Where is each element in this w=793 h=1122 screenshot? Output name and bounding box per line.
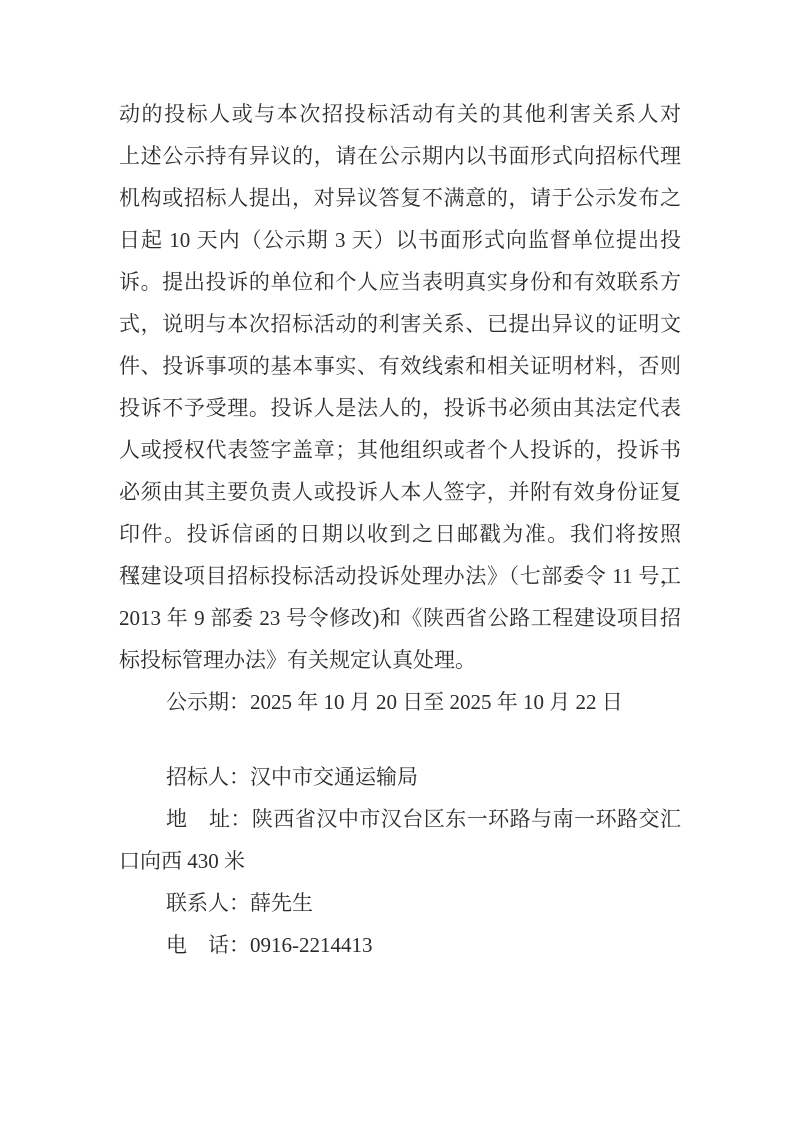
paragraph-line-4: 日起 10 天内（公示期 3 天）以书面形式向监督单位提出投 xyxy=(119,219,681,261)
tenderer-line: 招标人：汉中市交通运输局 xyxy=(119,756,681,798)
paragraph-line-13: 2013 年 9 部委 23 号令修改)和《陕西省公路工程建设项目招 xyxy=(119,597,681,639)
contact-person-line: 联系人：薛先生 xyxy=(119,882,681,924)
paragraph-line-14: 标投标管理办法》有关规定认真处理。 xyxy=(119,639,681,681)
paragraph-line-8: 投诉不予受理。投诉人是法人的，投诉书必须由其法定代表 xyxy=(119,387,681,429)
paragraph-line-11: 印件。投诉信函的日期以收到之日邮戳为准。我们将按照《工 xyxy=(119,513,681,555)
paragraph-line-5: 诉。提出投诉的单位和个人应当表明真实身份和有效联系方 xyxy=(119,261,681,303)
document-page: 动的投标人或与本次招投标活动有关的其他利害关系人对上述公示持有异议的，请在公示期… xyxy=(0,0,793,1122)
paragraph-line-10: 必须由其主要负责人或投诉人本人签字，并附有效身份证复 xyxy=(119,471,681,513)
publicity-period-line: 公示期：2025 年 10 月 20 日至 2025 年 10 月 22 日 xyxy=(119,681,681,723)
document-body: 动的投标人或与本次招投标活动有关的其他利害关系人对上述公示持有异议的，请在公示期… xyxy=(119,93,681,966)
blank-line xyxy=(119,723,681,756)
paragraph-line-2: 上述公示持有异议的，请在公示期内以书面形式向招标代理 xyxy=(119,135,681,177)
address-line-1: 地 址：陕西省汉中市汉台区东一环路与南一环路交汇 xyxy=(119,798,681,840)
paragraph-line-12: 程建设项目招标投标活动投诉处理办法》（七部委令 11 号， xyxy=(119,555,681,597)
paragraph-line-3: 机构或招标人提出，对异议答复不满意的，请于公示发布之 xyxy=(119,177,681,219)
paragraph-line-1: 动的投标人或与本次招投标活动有关的其他利害关系人对 xyxy=(119,93,681,135)
paragraph-line-7: 件、投诉事项的基本事实、有效线索和相关证明材料，否则 xyxy=(119,345,681,387)
phone-line: 电 话：0916-2214413 xyxy=(119,924,681,966)
address-line-2: 口向西 430 米 xyxy=(119,840,681,882)
paragraph-line-6: 式，说明与本次招标活动的利害关系、已提出异议的证明文 xyxy=(119,303,681,345)
paragraph-line-9: 人或授权代表签字盖章；其他组织或者个人投诉的，投诉书 xyxy=(119,429,681,471)
